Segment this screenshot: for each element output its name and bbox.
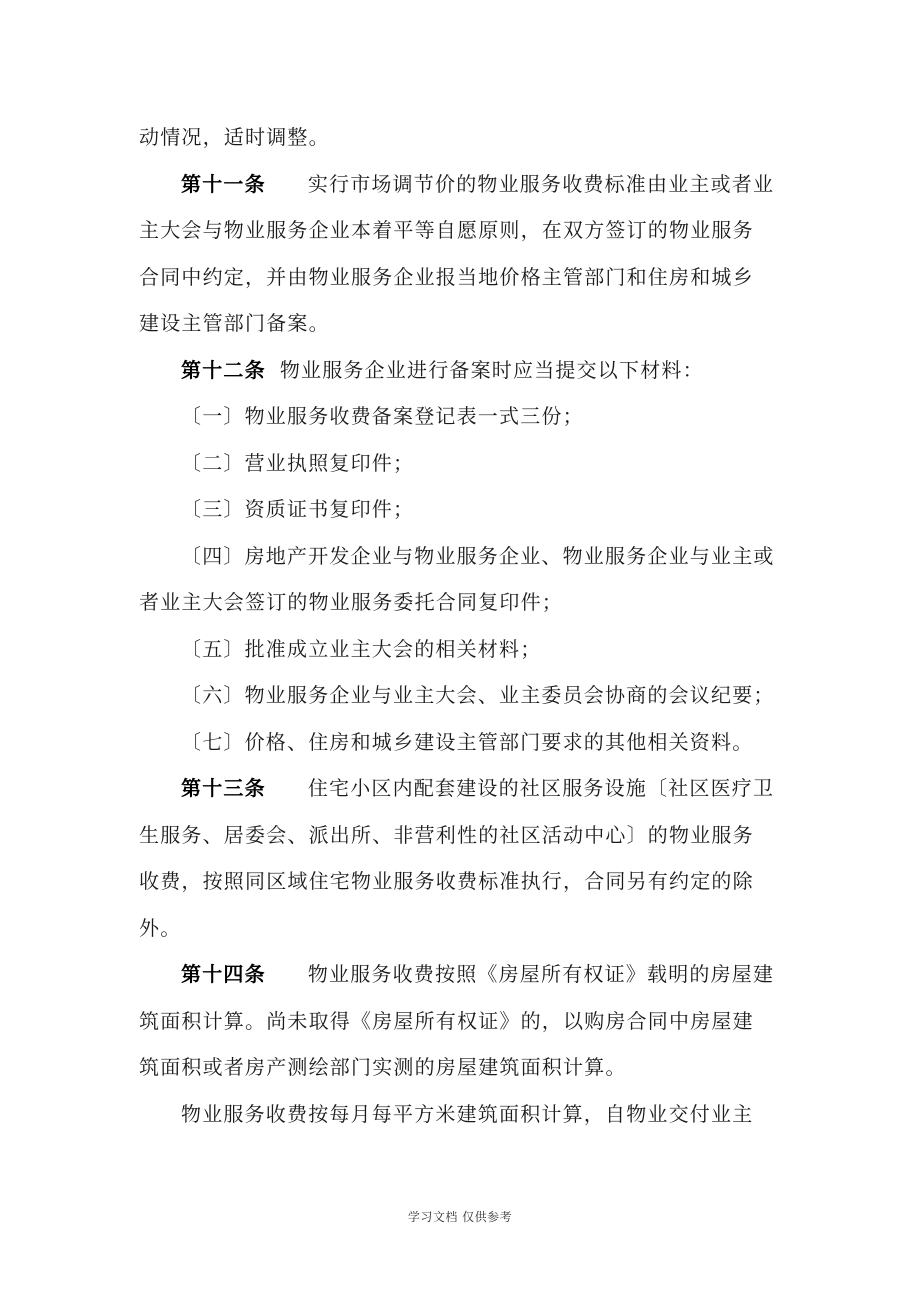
paragraph-line: 外。 xyxy=(139,909,784,956)
line-text: 筑面积计算。尚未取得《房屋所有权证》的，以购房合同中房屋建 xyxy=(139,1009,754,1033)
line-text: 〔四〕房地产开发企业与物业服务企业、物业服务企业与业主或 xyxy=(181,544,775,568)
article-number: 第十一条 xyxy=(181,165,266,203)
list-item-continuation: 者业主大会签订的物业服务委托合同复印件； xyxy=(139,583,784,630)
line-text: 〔五〕批准成立业主大会的相关材料； xyxy=(181,637,541,661)
line-text: 建设主管部门备案。 xyxy=(139,311,330,335)
line-text: 合同中约定，并由物业服务企业报当地价格主管部门和住房和城乡 xyxy=(139,265,754,289)
article-13-heading-line: 第十三条住宅小区内配套建设的社区服务设施〔社区医疗卫 xyxy=(139,769,784,816)
line-text: 者业主大会签订的物业服务委托合同复印件； xyxy=(139,590,563,614)
paragraph-line: 建设主管部门备案。 xyxy=(139,304,784,351)
line-text: 〔六〕物业服务企业与业主大会、业主委员会协商的会议纪要； xyxy=(181,683,775,707)
article-number: 第十二条 xyxy=(181,351,266,389)
article-14-heading-line: 第十四条物业服务收费按照《房屋所有权证》载明的房屋建 xyxy=(139,955,784,1002)
list-item: 〔三〕资质证书复印件； xyxy=(139,490,784,537)
line-text: 筑面积或者房产测绘部门实测的房屋建筑面积计算。 xyxy=(139,1055,627,1079)
paragraph-line: 生服务、居委会、派出所、非营利性的社区活动中心〕的物业服务 xyxy=(139,816,784,863)
line-text: 物业服务收费按每月每平方米建筑面积计算，自物业交付业主 xyxy=(181,1102,753,1126)
article-number: 第十三条 xyxy=(181,769,266,807)
line-text: 外。 xyxy=(139,916,181,940)
article-11-heading-line: 第十一条实行市场调节价的物业服务收费标准由业主或者业 xyxy=(139,165,784,212)
line-text: 动情况，适时调整。 xyxy=(139,125,330,149)
list-item: 〔一〕物业服务收费备案登记表一式三份； xyxy=(139,397,784,444)
line-text: 实行市场调节价的物业服务收费标准由业主或者业 xyxy=(308,172,774,196)
paragraph-line: 筑面积或者房产测绘部门实测的房屋建筑面积计算。 xyxy=(139,1048,784,1095)
article-number: 第十四条 xyxy=(181,955,266,993)
line-text: 〔二〕营业执照复印件； xyxy=(181,451,414,475)
paragraph-line: 动情况，适时调整。 xyxy=(139,118,784,165)
line-text: 收费，按照同区域住宅物业服务收费标准执行，合同另有约定的除 xyxy=(139,869,754,893)
list-item: 〔五〕批准成立业主大会的相关材料； xyxy=(139,630,784,677)
line-text: 〔一〕物业服务收费备案登记表一式三份； xyxy=(181,404,584,428)
line-text: 〔三〕资质证书复印件； xyxy=(181,497,414,521)
line-text: 主大会与物业服务企业本着平等自愿原则，在双方签订的物业服务 xyxy=(139,218,754,242)
document-page: 动情况，适时调整。 第十一条实行市场调节价的物业服务收费标准由业主或者业 主大会… xyxy=(139,118,784,1141)
line-text: 生服务、居委会、派出所、非营利性的社区活动中心〕的物业服务 xyxy=(139,823,754,847)
list-item: 〔六〕物业服务企业与业主大会、业主委员会协商的会议纪要； xyxy=(139,676,784,723)
list-item: 〔七〕价格、住房和城乡建设主管部门要求的其他相关资料。 xyxy=(139,723,784,770)
paragraph-line: 收费，按照同区域住宅物业服务收费标准执行，合同另有约定的除 xyxy=(139,862,784,909)
list-item: 〔四〕房地产开发企业与物业服务企业、物业服务企业与业主或 xyxy=(139,537,784,584)
line-text: 〔七〕价格、住房和城乡建设主管部门要求的其他相关资料。 xyxy=(181,730,753,754)
list-item: 〔二〕营业执照复印件； xyxy=(139,444,784,491)
paragraph-line: 主大会与物业服务企业本着平等自愿原则，在双方签订的物业服务 xyxy=(139,211,784,258)
paragraph-line: 合同中约定，并由物业服务企业报当地价格主管部门和住房和城乡 xyxy=(139,258,784,305)
line-text: 住宅小区内配套建设的社区服务设施〔社区医疗卫 xyxy=(308,776,774,800)
line-text: 物业服务企业进行备案时应当提交以下材料： xyxy=(280,358,704,382)
page-footer: 学习文档 仅供参考 xyxy=(0,1208,920,1225)
paragraph-line: 物业服务收费按每月每平方米建筑面积计算，自物业交付业主 xyxy=(139,1095,784,1142)
line-text: 物业服务收费按照《房屋所有权证》载明的房屋建 xyxy=(308,962,774,986)
article-12-heading-line: 第十二条物业服务企业进行备案时应当提交以下材料： xyxy=(139,351,784,398)
paragraph-line: 筑面积计算。尚未取得《房屋所有权证》的，以购房合同中房屋建 xyxy=(139,1002,784,1049)
